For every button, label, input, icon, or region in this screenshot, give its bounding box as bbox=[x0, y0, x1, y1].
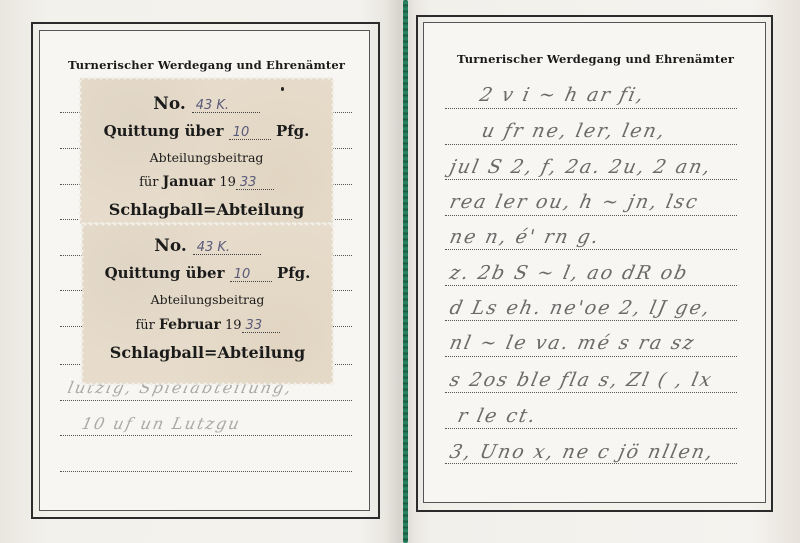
writing-line bbox=[445, 463, 737, 464]
stamp-year-suffix: 33 bbox=[236, 176, 274, 190]
handwritten-line: ne n, é' rn g. bbox=[448, 226, 603, 248]
stamp-amount: 10 bbox=[229, 126, 271, 140]
handwritten-line: jul S 2, f, 2a. 2u, 2 an, bbox=[448, 156, 714, 178]
stamp-no-label: No. bbox=[154, 236, 187, 256]
writing-line bbox=[60, 471, 352, 472]
stamp-purpose: Abteilungsbeitrag bbox=[82, 292, 333, 307]
handwritten-line: r le ct. bbox=[456, 405, 539, 427]
writing-line bbox=[60, 435, 352, 436]
right-page-heading: Turnerischer Werdegang und Ehrenämter bbox=[457, 52, 734, 66]
handwritten-line: u fr ne, ler, len, bbox=[480, 120, 669, 142]
stamp-no-value: 43 K. bbox=[192, 99, 260, 113]
stamp-purpose: Abteilungsbeitrag bbox=[80, 150, 333, 165]
stamp-department: Schlagball=Abteilung bbox=[82, 343, 333, 362]
stamp-month: Februar bbox=[159, 317, 221, 333]
stamp-year-prefix: 19 bbox=[219, 175, 236, 190]
writing-line bbox=[445, 108, 737, 109]
left-page-heading: Turnerischer Werdegang und Ehrenämter bbox=[68, 58, 345, 72]
writing-line bbox=[445, 179, 737, 180]
stamp-currency: Pfg. bbox=[277, 264, 310, 282]
stamp-receipt-label: Quittung über bbox=[105, 264, 225, 282]
stamp-no-value: 43 K. bbox=[193, 241, 261, 255]
handwritten-line: d Ls eh. ne'oe 2, lJ ge, bbox=[448, 297, 714, 319]
binding-thread bbox=[403, 0, 408, 543]
handwritten-line: rea ler ou, h ~ jn, lsc bbox=[448, 191, 701, 213]
writing-line bbox=[445, 144, 737, 145]
writing-line bbox=[445, 249, 737, 250]
handwritten-line: 2 v i ~ h ar fi, bbox=[478, 84, 648, 106]
stamp-department: Schlagball=Abteilung bbox=[80, 200, 333, 219]
stamp-for-label: für bbox=[139, 175, 158, 190]
handwritten-line: 3, Uno x, ne c jö nllen, bbox=[448, 441, 717, 463]
stamp-currency: Pfg. bbox=[276, 122, 309, 140]
writing-line bbox=[445, 285, 737, 286]
stamp-no-label: No. bbox=[153, 94, 186, 114]
stamp-receipt-label: Quittung über bbox=[104, 122, 224, 140]
booklet-spread: Turnerischer Werdegang und Ehrenämter lu… bbox=[0, 0, 800, 543]
stamp-for-label: für bbox=[135, 318, 154, 333]
right-page: Turnerischer Werdegang und Ehrenämter 2 … bbox=[410, 0, 800, 543]
stamp-amount: 10 bbox=[230, 268, 272, 282]
stamp-year-prefix: 19 bbox=[225, 318, 242, 333]
stamp-year-suffix: 33 bbox=[242, 319, 280, 333]
writing-line bbox=[60, 400, 352, 401]
handwritten-line: z. 2b S ~ l, ao dR ob bbox=[448, 262, 691, 284]
writing-line bbox=[445, 428, 737, 429]
left-page: Turnerischer Werdegang und Ehrenämter lu… bbox=[0, 0, 400, 543]
ink-dot bbox=[281, 87, 284, 91]
receipt-stamp-january: No. 43 K. Quittung über 10 Pfg. Abteilun… bbox=[80, 78, 333, 224]
handwritten-line: s 2os ble fla s, Zl ( , lx bbox=[448, 369, 715, 391]
writing-line bbox=[445, 320, 737, 321]
stamp-month: Januar bbox=[163, 174, 216, 190]
writing-line bbox=[445, 215, 737, 216]
handwritten-line: nl ~ le va. mé s ra sz bbox=[448, 332, 698, 354]
receipt-stamp-february: No. 43 K. Quittung über 10 Pfg. Abteilun… bbox=[82, 224, 333, 384]
writing-line bbox=[445, 356, 737, 357]
writing-line bbox=[445, 392, 737, 393]
handwritten-line: 10 uf un Lutzgu bbox=[80, 414, 243, 433]
